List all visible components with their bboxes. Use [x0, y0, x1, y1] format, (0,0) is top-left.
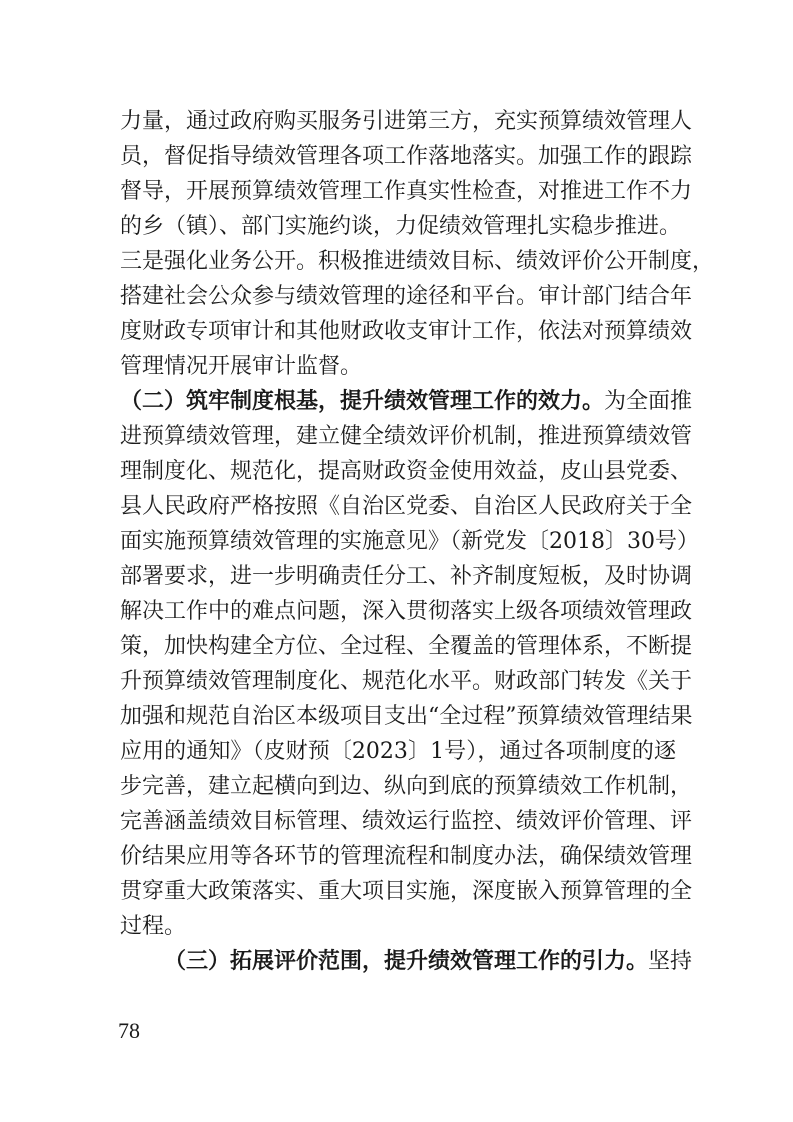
paragraph-line: 面实施预算绩效管理的实施意见》（新党发〔2018〕30号） [120, 524, 676, 559]
paragraph-line: 的乡（镇）、部门实施约谈，力促绩效管理扎实稳步推进。 [120, 209, 676, 244]
paragraph-line: 县人民政府严格按照《自治区党委、自治区人民政府关于全 [120, 489, 676, 524]
section-3-heading: （三）拓展评价范围，提升绩效管理工作的引力。 [164, 949, 648, 974]
paragraph-line: 策，加快构建全方位、全过程、全覆盖的管理体系，不断提 [120, 629, 676, 664]
section-2-first-line: （二）筑牢制度根基，提升绩效管理工作的效力。为全面推 [120, 384, 676, 419]
section-2-text: 为全面推 [604, 389, 692, 414]
section-3-first-line: （三）拓展评价范围，提升绩效管理工作的引力。坚持 [120, 944, 676, 979]
document-page: 力量，通过政府购买服务引进第三方，充实预算绩效管理人 员，督促指导绩效管理各项工… [120, 104, 676, 979]
paragraph-line: 价结果应用等各环节的管理流程和制度办法，确保绩效管理 [120, 839, 676, 874]
section-3-text: 坚持 [648, 949, 692, 974]
paragraph-line: 步完善，建立起横向到边、纵向到底的预算绩效工作机制， [120, 769, 676, 804]
paragraph-line: 贯穿重大政策落实、重大项目实施，深度嵌入预算管理的全 [120, 874, 676, 909]
paragraph-line: 度财政专项审计和其他财政收支审计工作，依法对预算绩效 [120, 314, 676, 349]
paragraph-line: 管理情况开展审计监督。 [120, 349, 676, 384]
page-number: 78 [118, 1018, 140, 1044]
paragraph-line: 搭建社会公众参与绩效管理的途径和平台。审计部门结合年 [120, 279, 676, 314]
paragraph-line: 应用的通知》（皮财预〔2023〕1号），通过各项制度的逐 [120, 734, 676, 769]
paragraph-line: 理制度化、规范化，提高财政资金使用效益，皮山县党委、 [120, 454, 676, 489]
paragraph-line: 解决工作中的难点问题，深入贯彻落实上级各项绩效管理政 [120, 594, 676, 629]
section-2-heading: （二）筑牢制度根基，提升绩效管理工作的效力。 [120, 389, 604, 414]
paragraph-line: 力量，通过政府购买服务引进第三方，充实预算绩效管理人 [120, 104, 676, 139]
paragraph-line: 过程。 [120, 909, 676, 944]
paragraph-line: 员，督促指导绩效管理各项工作落地落实。加强工作的跟踪 [120, 139, 676, 174]
paragraph-line: 三是强化业务公开。积极推进绩效目标、绩效评价公开制度， [120, 244, 676, 279]
paragraph-line: 加强和规范自治区本级项目支出“全过程”预算绩效管理结果 [120, 699, 676, 734]
paragraph-line: 督导，开展预算绩效管理工作真实性检查，对推进工作不力 [120, 174, 676, 209]
paragraph-line: 部署要求，进一步明确责任分工、补齐制度短板，及时协调 [120, 559, 676, 594]
paragraph-line: 完善涵盖绩效目标管理、绩效运行监控、绩效评价管理、评 [120, 804, 676, 839]
paragraph-line: 升预算绩效管理制度化、规范化水平。财政部门转发《关于 [120, 664, 676, 699]
paragraph-line: 进预算绩效管理，建立健全绩效评价机制，推进预算绩效管 [120, 419, 676, 454]
